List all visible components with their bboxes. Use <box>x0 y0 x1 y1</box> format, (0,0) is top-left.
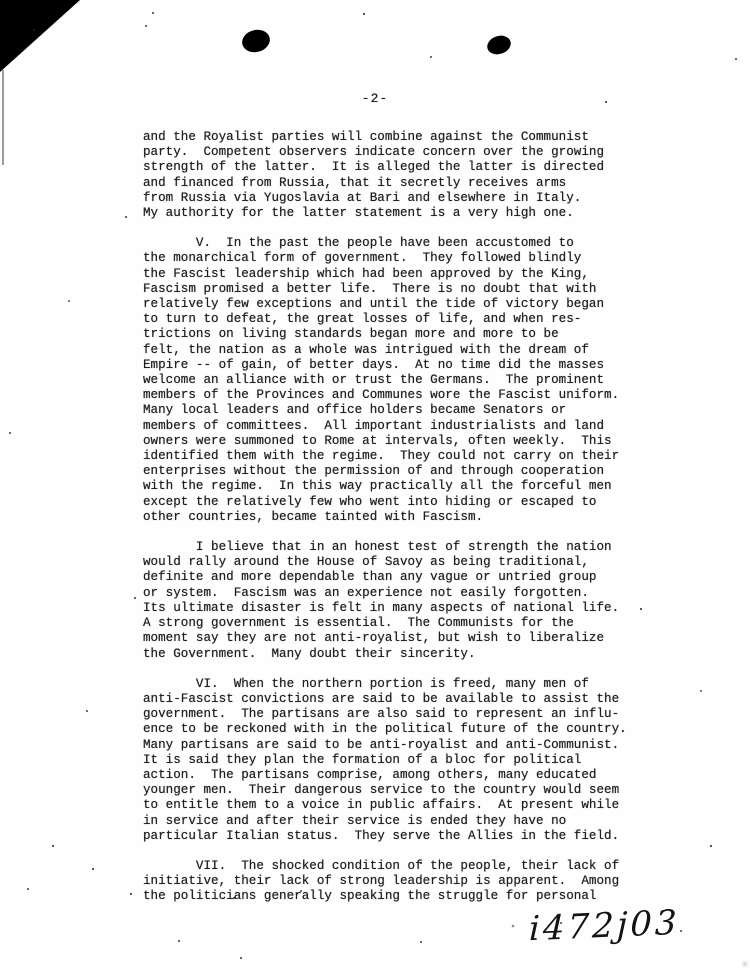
scan-edge-artifact <box>2 70 4 165</box>
scanned-document-page: -2- and the Royalist parties will combin… <box>0 0 750 972</box>
corner-fold-artifact <box>0 0 80 72</box>
document-body: and the Royalist parties will combine ag… <box>143 130 643 920</box>
paragraph-continuation: and the Royalist parties will combine ag… <box>143 130 643 221</box>
paragraph-believe: I believe that in an honest test of stre… <box>143 540 643 662</box>
paragraph-section-v: V. In the past the people have been accu… <box>143 236 643 525</box>
hole-punch-mark-left <box>240 27 272 55</box>
page-number: -2- <box>0 91 750 106</box>
scan-speckles <box>0 0 2 2</box>
paragraph-section-vii: VII. The shocked condition of the people… <box>143 859 643 905</box>
handwritten-reference-number: i472j03 <box>529 903 680 950</box>
hole-punch-mark-right <box>485 33 513 58</box>
paragraph-section-vi: VI. When the northern portion is freed, … <box>143 677 643 844</box>
